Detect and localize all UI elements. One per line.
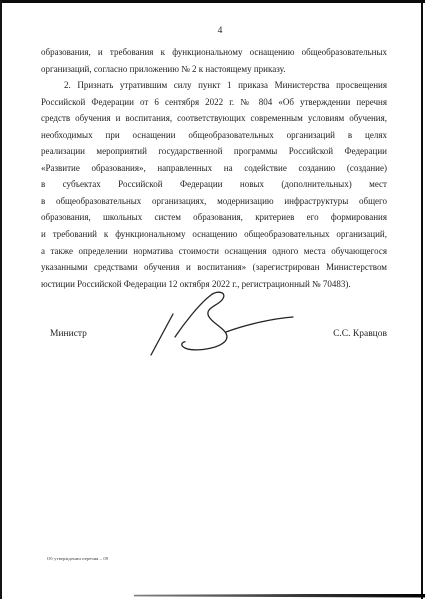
- body-line: образования, школьных систем образования…: [41, 209, 387, 226]
- signoff-role-label: Министр: [50, 329, 87, 339]
- document-body: образования, и требования к функциональн…: [41, 44, 387, 292]
- scan-edge-bottom: [134, 594, 425, 598]
- body-line: «Развитие образования», направленных на …: [41, 160, 387, 177]
- body-line: организаций, согласно приложению № 2 к н…: [41, 61, 387, 78]
- body-line: Российской Федерации от 6 сентября 2022 …: [41, 94, 387, 111]
- body-line: указанными средствами обучения и воспита…: [41, 259, 387, 276]
- footer-note: Об утверждении перечня – 09: [47, 556, 108, 561]
- scan-edge-left: [0, 0, 2, 599]
- document-page: 4 образования, и требования к функционал…: [0, 0, 425, 599]
- page-number: 4: [40, 26, 400, 36]
- body-line: в общеобразовательных организациях, моде…: [41, 193, 387, 210]
- body-line: необходимых при оснащении общеобразовате…: [41, 127, 387, 144]
- signature-scribble-icon: [138, 282, 303, 370]
- scan-edge-top: [0, 0, 425, 3]
- body-line: в субъектах Российской Федерации новых (…: [41, 176, 387, 193]
- body-line: реализации мероприятий государственной п…: [41, 143, 387, 160]
- body-line: средств обучения и воспитания, соответст…: [41, 110, 387, 127]
- body-line: и требований к функциональному оснащению…: [41, 226, 387, 243]
- signoff-name: С.С. Кравцов: [237, 329, 387, 339]
- scan-edge-right: [421, 0, 423, 599]
- body-line: а также определении норматива стоимости …: [41, 243, 387, 260]
- body-line: 2. Признать утратившим силу пункт 1 прик…: [41, 77, 387, 94]
- body-line: образования, и требования к функциональн…: [41, 44, 387, 61]
